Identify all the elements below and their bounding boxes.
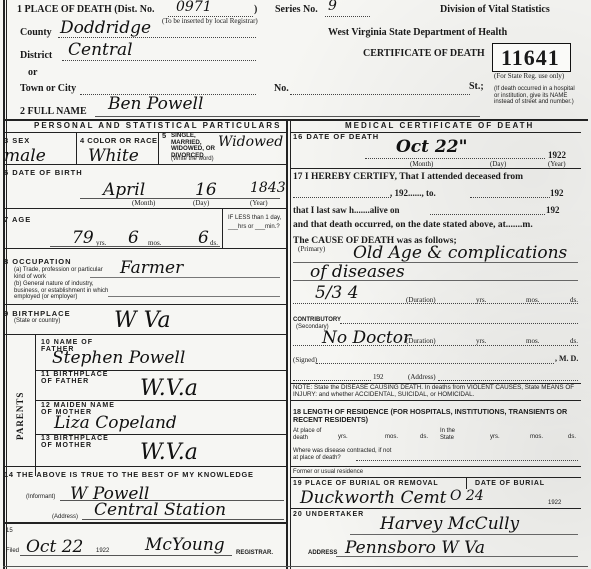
full-name-label: 2 FULL NAME bbox=[20, 106, 87, 117]
age-days: 6 bbox=[198, 228, 209, 248]
occupation-value: Farmer bbox=[120, 258, 183, 278]
county-label: County bbox=[20, 27, 52, 38]
undertaker-address: Pennsboro W Va bbox=[345, 538, 485, 558]
contributory-label: CONTRIBUTORY bbox=[293, 317, 341, 324]
death-date: Oct 22" bbox=[396, 137, 467, 157]
date-of-death-label: 16 DATE OF DEATH bbox=[293, 132, 379, 141]
note-text: NOTE: State the DISEASE CAUSING DEATH. I… bbox=[293, 385, 578, 398]
registrar-signature: McYoung bbox=[145, 535, 225, 555]
residence-label: 18 LENGTH OF RESIDENCE (FOR HOSPITALS, I… bbox=[293, 408, 578, 424]
cause-line-3: 5/3 4 bbox=[315, 283, 359, 303]
death-certificate: 1 PLACE OF DEATH (Dist. No. 0971 ) (To b… bbox=[0, 0, 591, 569]
column-divider bbox=[286, 119, 288, 569]
race-value: White bbox=[88, 146, 139, 166]
division-title: Division of Vital Statistics bbox=[440, 4, 550, 15]
age-months: 6 bbox=[128, 228, 139, 248]
registrar-label: REGISTRAR. bbox=[236, 550, 273, 557]
father-name-value: Stephen Powell bbox=[52, 348, 185, 368]
certificate-number-box: 11641 bbox=[492, 43, 571, 72]
informant-statement: 14 THE ABOVE IS TRUE TO THE BEST OF MY K… bbox=[4, 470, 254, 479]
burial-date: O 24 bbox=[450, 488, 484, 504]
death-occurred: and that death occurred, on the date sta… bbox=[293, 220, 533, 230]
certificate-title: CERTIFICATE OF DEATH bbox=[363, 48, 485, 59]
place-of-death-label: 1 PLACE OF DEATH (Dist. No. bbox=[17, 4, 155, 15]
personal-section-title: PERSONAL AND STATISTICAL PARTICULARS bbox=[34, 121, 281, 130]
dob-day: 16 bbox=[195, 180, 217, 200]
age-label: 7 AGE bbox=[4, 215, 31, 224]
burial-place: Duckworth Cemt bbox=[300, 488, 447, 508]
series-label: Series No. bbox=[275, 4, 318, 15]
certificate-number: 11641 bbox=[501, 45, 560, 71]
town-label: Town or City bbox=[20, 83, 76, 94]
occupation-label: 8 OCCUPATION bbox=[4, 257, 72, 266]
dob-year: 1843 bbox=[250, 180, 286, 196]
undertaker-label: 20 UNDERTAKER bbox=[293, 511, 364, 518]
race-label: 4 COLOR OR RACE bbox=[80, 136, 158, 145]
mother-birthplace-value: W.V.a bbox=[140, 440, 198, 465]
dob-month: April bbox=[103, 180, 145, 200]
birthplace-value: W Va bbox=[114, 308, 171, 333]
undertaker-address-label: ADDRESS bbox=[308, 550, 337, 557]
less-than-day: IF LESS than 1 day, ___hrs or ___min.? bbox=[228, 214, 283, 232]
filed-date: Oct 22 bbox=[26, 537, 83, 557]
death-year: 1922 bbox=[548, 150, 566, 160]
dist-note: (To be inserted by local Registrar) bbox=[162, 17, 258, 25]
father-birthplace-label: 11 BIRTHPLACE OF FATHER bbox=[41, 372, 123, 385]
last-saw: that I last saw h.......alive on bbox=[293, 205, 400, 215]
marital-value: Widowed bbox=[218, 134, 283, 150]
series-number: 9 bbox=[328, 0, 337, 14]
district-value: Central bbox=[68, 40, 133, 60]
department-title: West Virginia State Department of Health bbox=[328, 27, 507, 38]
mother-name-value: Liza Copeland bbox=[54, 413, 177, 433]
cause-line-2: of diseases bbox=[310, 262, 405, 282]
sex-value: male bbox=[4, 146, 46, 166]
county-value: Doddridge bbox=[60, 18, 151, 38]
cert-note: (For State Reg. use only) bbox=[494, 72, 564, 80]
dob-label: 6 DATE OF BIRTH bbox=[4, 168, 83, 177]
age-years: 79 bbox=[72, 228, 94, 248]
full-name-value: Ben Powell bbox=[108, 94, 203, 114]
number-label: No. bbox=[274, 83, 289, 94]
district-label: District bbox=[20, 50, 52, 61]
certify-text: 17 I HEREBY CERTIFY, That I attended dec… bbox=[293, 172, 523, 182]
father-birthplace-value: W.V.a bbox=[140, 376, 198, 401]
parents-label: PARENTS bbox=[15, 392, 25, 440]
hospital-note: (If death occurred in a hospital or inst… bbox=[494, 86, 578, 106]
sex-label: 3 SEX bbox=[4, 136, 30, 145]
burial-label: 19 PLACE OF BURIAL OR REMOVAL bbox=[293, 480, 438, 487]
burial-date-label: DATE OF BURIAL bbox=[475, 480, 545, 487]
medical-section-title: MEDICAL CERTIFICATE OF DEATH bbox=[345, 121, 534, 130]
burial-year: 1922 bbox=[548, 500, 561, 507]
left-border-inner bbox=[6, 0, 7, 569]
cause-line-1: Old Age & complications bbox=[353, 243, 567, 263]
marital-note: (Write the word) bbox=[171, 156, 214, 163]
informant-address: Central Station bbox=[94, 500, 226, 520]
mother-birthplace-label: 13 BIRTHPLACE OF MOTHER bbox=[41, 436, 123, 449]
signed-label: (Signed) bbox=[293, 356, 317, 364]
former-residence-label: Former or usual residence bbox=[293, 469, 363, 476]
undertaker-name: Harvey McCully bbox=[380, 514, 519, 534]
filed-year: 1922 bbox=[96, 548, 109, 555]
or-label: or bbox=[28, 67, 37, 78]
street-label: St.; bbox=[469, 81, 484, 92]
district-number: 0971 bbox=[176, 0, 212, 15]
birthplace-label: 9 BIRTHPLACE bbox=[4, 309, 71, 318]
left-border bbox=[3, 0, 5, 569]
